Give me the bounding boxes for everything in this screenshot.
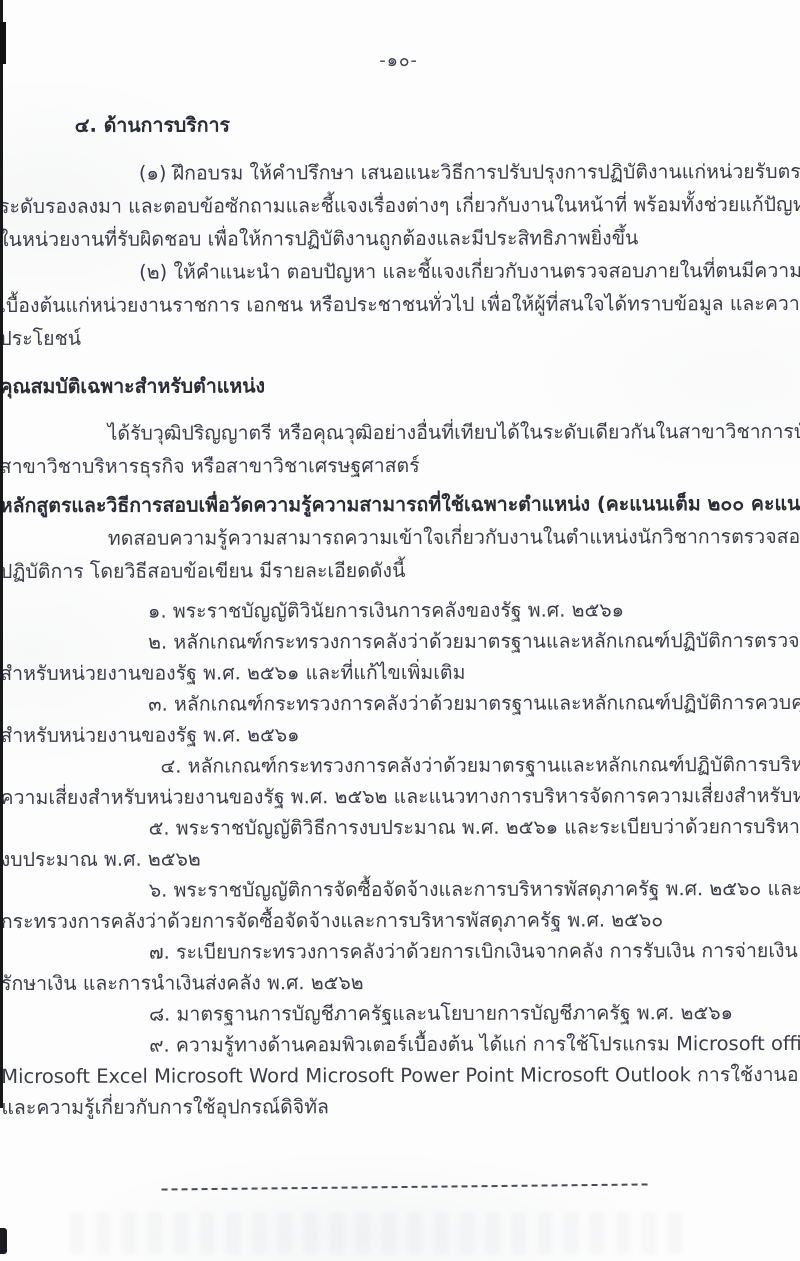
topic-item-continuation: ความเสี่ยงสำหรับหน่วยงานของรัฐ พ.ศ. ๒๕๖๒… [0, 782, 800, 815]
document-content: -๑๐- ๔. ด้านการบริการ (๑) ฝึกอบรม ให้คำป… [0, 0, 800, 1189]
text-line: ปฏิบัติการ โดยวิธีสอบข้อเขียน มีรายละเอี… [0, 555, 800, 590]
topic-item: ๘. มาตรฐานการบัญชีภาครัฐและนโยบายการบัญช… [1, 999, 800, 1032]
text-line: (๒) ให้คำแนะนำ ตอบปัญหา และชี้แจงเกี่ยวก… [0, 256, 799, 291]
text-line: ระดับรองลงมา และตอบข้อซักถามและชี้แจงเรื… [0, 190, 799, 225]
topic-item: ๗. ระเบียบกระทรวงการคลังว่าด้วยการเบิกเง… [1, 937, 800, 970]
dashed-separator [162, 1183, 648, 1190]
topic-item: ๙. ความรู้ทางด้านคอมพิวเตอร์เบื้องต้น ได… [1, 1030, 800, 1063]
topic-item: ๒. หลักเกณฑ์กระทรวงการคลังว่าด้วยมาตรฐาน… [0, 627, 800, 660]
topic-item-continuation: กระทรวงการคลังว่าด้วยการจัดซื้อจัดจ้างแล… [1, 906, 800, 939]
text-line: (๑) ฝึกอบรม ให้คำปรึกษา เสนอแนะวิธีการปร… [0, 157, 799, 192]
qualifications-paragraph: ได้รับวุฒิปริญญาตรี หรือคุณวุฒิอย่างอื่น… [0, 417, 800, 485]
text-line: ทดสอบความรู้ความสามารถความเข้าใจเกี่ยวกั… [0, 522, 800, 557]
topic-item-continuation: งบประมาณ พ.ศ. ๒๕๖๒ [1, 844, 800, 877]
scanned-page: { "doc": { "page_number": "-๑๐-", "ink_c… [0, 0, 800, 1261]
topic-item-continuation: Microsoft Excel Microsoft Word Microsoft… [1, 1061, 800, 1094]
text-line: ในหน่วยงานที่รับผิดชอบ เพื่อให้การปฏิบัต… [0, 223, 799, 258]
scan-edge-artifact-top [0, 22, 6, 64]
topic-item: ๔. หลักเกณฑ์กระทรวงการคลังว่าด้วยมาตรฐาน… [0, 751, 800, 784]
topic-item-continuation: สำหรับหน่วยงานของรัฐ พ.ศ. ๒๕๖๑ และที่แก้… [0, 658, 800, 691]
section-heading-qualifications: คุณสมบัติเฉพาะสำหรับตำแหน่ง [0, 370, 800, 405]
service-paragraph-1: (๑) ฝึกอบรม ให้คำปรึกษา เสนอแนะวิธีการปร… [0, 157, 799, 258]
text-line: ได้รับวุฒิปริญญาตรี หรือคุณวุฒิอย่างอื่น… [0, 417, 800, 452]
scan-edge-artifact [0, 0, 3, 1108]
section-heading-service: ๔. ด้านการบริการ [0, 109, 799, 144]
exam-intro-paragraph: ทดสอบความรู้ความสามารถความเข้าใจเกี่ยวกั… [0, 522, 800, 590]
topic-item-continuation: และความรู้เกี่ยวกับการใช้อุปกรณ์ดิจิทัล [1, 1092, 800, 1125]
topic-item-continuation: สำหรับหน่วยงานของรัฐ พ.ศ. ๒๕๖๑ [0, 720, 800, 753]
service-paragraph-2: (๒) ให้คำแนะนำ ตอบปัญหา และชี้แจงเกี่ยวก… [0, 256, 799, 357]
topic-item: ๓. หลักเกณฑ์กระทรวงการคลังว่าด้วยมาตรฐาน… [0, 689, 800, 722]
section-heading-exam: หลักสูตรและวิธีการสอบเพื่อวัดความรู้ความ… [0, 489, 800, 524]
scan-blot-artifact [0, 1228, 7, 1254]
topic-item-continuation: รักษาเงิน และการนำเงินส่งคลัง พ.ศ. ๒๕๖๒ [1, 968, 800, 1001]
text-line: สาขาวิชาบริหารธุรกิจ หรือสาขาวิชาเศรษฐศา… [0, 450, 800, 485]
page-bleedthrough-artifact [70, 1212, 690, 1254]
topic-item: ๖. พระราชบัญญัติการจัดซื้อจัดจ้างและการบ… [1, 875, 800, 908]
exam-topic-list: ๑. พระราชบัญญัติวินัยการเงินการคลังของรั… [0, 596, 800, 1125]
topic-item: ๕. พระราชบัญญัติวิธีการงบประมาณ พ.ศ. ๒๕๖… [1, 813, 800, 846]
text-line: เบื้องต้นแก่หน่วยงานราชการ เอกชน หรือประ… [0, 289, 799, 324]
topic-item: ๑. พระราชบัญญัติวินัยการเงินการคลังของรั… [0, 596, 800, 629]
text-line: ประโยชน์ [0, 322, 799, 357]
page-number: -๑๐- [0, 45, 799, 73]
